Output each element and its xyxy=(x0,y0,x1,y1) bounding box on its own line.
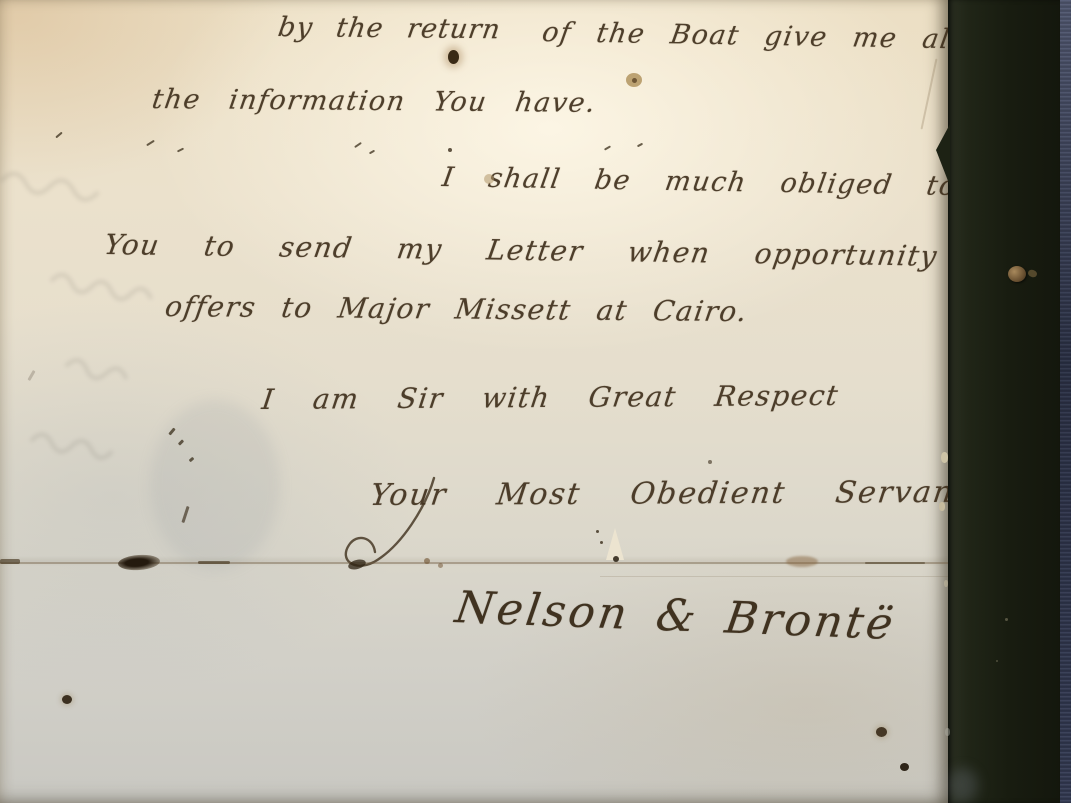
ink-tick xyxy=(354,142,362,148)
frame-edge xyxy=(948,0,1060,803)
crease-ink-dot xyxy=(424,558,430,564)
worm-hole xyxy=(876,727,887,737)
fabric-backing xyxy=(1060,0,1071,803)
frame-notch xyxy=(936,124,950,186)
frame-scratch xyxy=(1027,269,1038,279)
tan-stain xyxy=(484,174,494,184)
ink-speck xyxy=(448,148,452,152)
ink-dot xyxy=(600,541,603,544)
edge-crease-mark xyxy=(921,59,938,130)
frame-reflection xyxy=(948,768,978,803)
handwriting-line-3: I shall be much obliged to xyxy=(440,162,959,202)
crease-ink-blot xyxy=(118,554,161,572)
ghost-smear xyxy=(150,400,280,570)
frame-chip xyxy=(945,728,950,736)
frame-fleck xyxy=(996,660,998,662)
stain-dot xyxy=(632,78,637,83)
frame-fleck xyxy=(1005,618,1008,621)
ink-tick xyxy=(604,145,611,150)
crease-smudge xyxy=(786,556,818,567)
crease-ink-dash xyxy=(865,562,925,564)
handwriting-line-1b: of the Boat give me all xyxy=(540,17,963,55)
crease-ink-dash xyxy=(198,561,230,564)
handwriting-line-5: offers to Major Missett at Cairo. xyxy=(163,290,750,328)
frame-chip xyxy=(939,502,945,511)
ink-tick xyxy=(55,132,62,139)
framed-letter-photo: by the return of the Boat give me all th… xyxy=(0,0,1071,803)
tear-ink-dot xyxy=(613,556,619,562)
handwriting-line-2: the information You have. xyxy=(150,84,599,119)
frame-screw xyxy=(1008,266,1026,282)
handwriting-line-6: I am Sir with Great Respect xyxy=(260,379,841,416)
fold-crease-secondary xyxy=(600,576,948,577)
letter-paper: by the return of the Boat give me all th… xyxy=(0,0,948,803)
frame-chip xyxy=(944,580,948,587)
crease-ink-dot xyxy=(438,563,443,568)
ink-tick xyxy=(369,150,375,155)
frame-chip xyxy=(941,452,948,463)
ink-dot xyxy=(596,530,599,533)
ink-dot xyxy=(708,460,712,464)
worm-hole xyxy=(900,763,909,771)
worm-hole xyxy=(62,695,72,704)
crease-ink-dash xyxy=(0,559,20,564)
handwriting-line-1a: by the return xyxy=(276,12,503,45)
ink-blot xyxy=(448,50,459,64)
ink-tick xyxy=(637,143,643,148)
signature: Nelson & Brontë xyxy=(452,582,899,650)
